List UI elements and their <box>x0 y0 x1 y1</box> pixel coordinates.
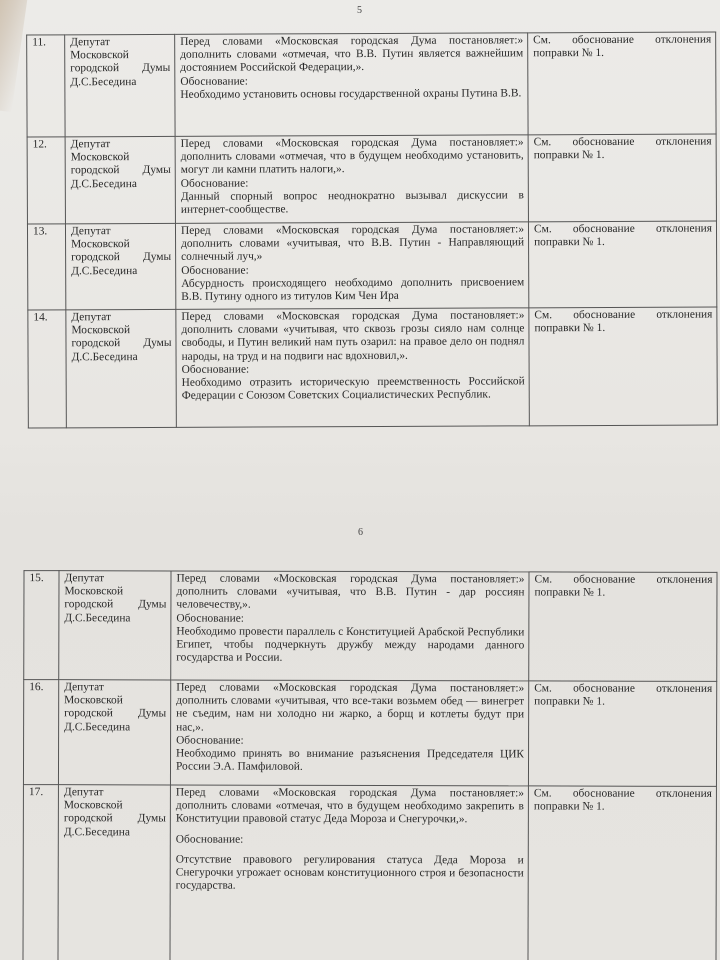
amendment-number: 11. <box>27 35 65 137</box>
proposed-wording: Перед словами «Московская городская Дума… <box>176 786 524 827</box>
justification-text: Необходимо провести параллель с Конститу… <box>176 625 524 666</box>
author-line: Д.С.Беседина <box>64 826 166 839</box>
table-row: 14.ДепутатМосковскойгородской ДумыД.С.Бе… <box>28 307 718 428</box>
proposed-wording: Перед словами «Московская городская Дума… <box>181 223 524 264</box>
amendment-text: Перед словами «Московская городская Дума… <box>170 785 528 960</box>
amendment-author: ДепутатМосковскойгородской ДумыД.С.Бесед… <box>65 136 175 223</box>
amendment-number: 14. <box>28 310 67 428</box>
justification-label: Обоснование: <box>176 734 524 748</box>
document-photo: 5 11.ДепутатМосковскойгородской ДумыД.С.… <box>0 0 720 960</box>
table-row: 17.ДепутатМосковскойгородской ДумыД.С.Бе… <box>23 785 716 960</box>
table-row: 16.ДепутатМосковскойгородской ДумыД.С.Бе… <box>23 680 716 787</box>
author-line: Московской <box>71 238 171 252</box>
amendment-number: 12. <box>27 137 65 224</box>
amendments-table-page-6: 15.ДепутатМосковскойгородской ДумыД.С.Бе… <box>22 570 717 960</box>
amendment-text: Перед словами «Московская городская Дума… <box>176 308 530 428</box>
justification-label: Обоснование: <box>176 833 524 847</box>
amendment-number: 16. <box>23 680 58 785</box>
author-line: Московской <box>64 585 166 598</box>
table-row: 12.ДепутатМосковскойгородской ДумыД.С.Бе… <box>27 134 716 224</box>
page-number-5: 5 <box>357 5 362 16</box>
author-line: Депутат <box>71 138 171 152</box>
rejection-reference: См. обоснование отклонения поправки № 1. <box>528 681 716 786</box>
author-line: Д.С.Беседина <box>70 75 170 89</box>
page-corner-shadow <box>0 0 28 112</box>
justification-text: Данный спорный вопрос неоднократно вызыв… <box>181 189 524 217</box>
proposed-wording: Перед словами «Московская городская Дума… <box>181 309 524 363</box>
justification-text: Отсутствие правового регулирования стату… <box>176 853 524 894</box>
amendment-text: Перед словами «Московская городская Дума… <box>175 222 528 310</box>
amendment-author: ДепутатМосковскойгородской ДумыД.С.Бесед… <box>58 785 170 960</box>
amendment-text: Перед словами «Московская городская Дума… <box>175 135 528 224</box>
author-line: Московской <box>71 151 171 165</box>
justification-text: Необходимо принять во внимание разъяснен… <box>176 748 524 775</box>
amendment-author: ДепутатМосковскойгородской ДумыД.С.Бесед… <box>59 571 171 680</box>
author-line: Депутат <box>71 311 171 325</box>
author-line: Д.С.Беседина <box>64 721 166 734</box>
author-line: Депутат <box>70 36 170 50</box>
proposed-wording: Перед словами «Московская городская Дума… <box>176 572 524 613</box>
amendment-text: Перед словами «Московская городская Дума… <box>171 571 529 681</box>
rejection-reference: См. обоснование отклонения поправки № 1. <box>528 32 716 135</box>
author-line: городской Думы <box>64 708 166 721</box>
author-line: Московской <box>71 324 171 338</box>
proposed-wording: Перед словами «Московская городская Дума… <box>180 34 523 75</box>
author-line: Депутат <box>64 572 166 585</box>
rejection-reference: См. обоснование отклонения поправки № 1. <box>528 134 716 222</box>
rejection-reference: См. обоснование отклонения поправки № 1. <box>529 572 717 681</box>
author-line: городской Думы <box>64 599 166 612</box>
author-line: Д.С.Беседина <box>64 612 166 625</box>
rejection-reference: См. обоснование отклонения поправки № 1. <box>528 786 716 960</box>
justification-text: Абсурдность происходящего необходимо доп… <box>181 276 524 304</box>
proposed-wording: Перед словами «Московская городская Дума… <box>181 136 524 177</box>
author-line: Московской <box>70 49 170 63</box>
rejection-reference: См. обоснование отклонения поправки № 1. <box>528 221 716 308</box>
author-line: городской Думы <box>71 337 171 351</box>
amendment-author: ДепутатМосковскойгородской ДумыД.С.Бесед… <box>65 223 175 309</box>
justification-label: Обоснование: <box>176 612 524 626</box>
author-line: Депутат <box>71 225 171 239</box>
author-line: Д.С.Беседина <box>71 177 171 191</box>
table-row: 11.ДепутатМосковскойгородской ДумыД.С.Бе… <box>27 32 716 137</box>
table-row: 15.ДепутатМосковскойгородской ДумыД.С.Бе… <box>24 571 717 682</box>
amendment-author: ДепутатМосковскойгородской ДумыД.С.Бесед… <box>66 309 177 427</box>
amendments-table-page-5: 11.ДепутатМосковскойгородской ДумыД.С.Бе… <box>26 31 718 428</box>
author-line: Депутат <box>64 786 166 799</box>
justification-text: Необходимо установить основы государстве… <box>180 87 523 102</box>
amendment-number: 15. <box>24 571 59 680</box>
amendment-number: 17. <box>23 785 58 960</box>
amendment-text: Перед словами «Московская городская Дума… <box>170 680 528 786</box>
author-line: Депутат <box>64 681 166 694</box>
page-number-6: 6 <box>358 527 363 538</box>
author-line: Московской <box>64 694 166 707</box>
amendment-author: ДепутатМосковскойгородской ДумыД.С.Бесед… <box>58 680 170 785</box>
author-line: Московской <box>64 799 166 812</box>
justification-text: Необходимо отразить историческую преемст… <box>182 375 525 403</box>
author-line: городской Думы <box>70 62 170 76</box>
author-line: городской Думы <box>71 251 171 265</box>
author-line: городской Думы <box>71 164 171 178</box>
amendment-author: ДепутатМосковскойгородской ДумыД.С.Бесед… <box>65 34 175 136</box>
author-line: Д.С.Беседина <box>71 264 171 278</box>
rejection-reference: См. обоснование отклонения поправки № 1. <box>529 307 718 426</box>
amendment-number: 13. <box>27 224 65 310</box>
author-line: Д.С.Беседина <box>72 350 172 364</box>
proposed-wording: Перед словами «Московская городская Дума… <box>176 681 524 735</box>
author-line: городской Думы <box>64 813 166 826</box>
amendment-text: Перед словами «Московская городская Дума… <box>175 33 528 137</box>
table-row: 13.ДепутатМосковскойгородской ДумыД.С.Бе… <box>27 221 716 310</box>
